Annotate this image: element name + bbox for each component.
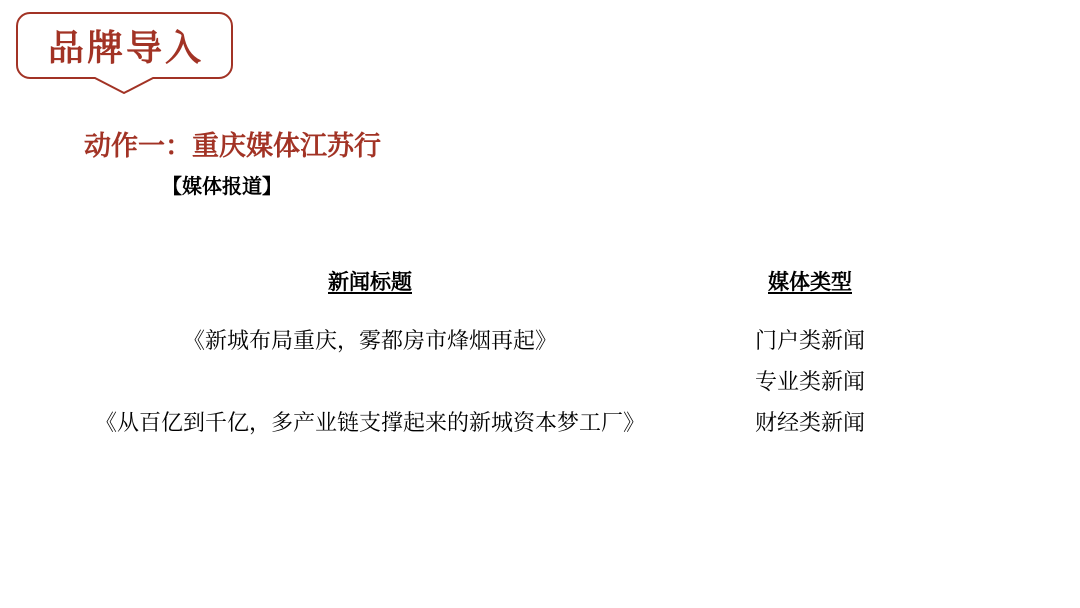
table-row: 专业类新闻 (90, 360, 880, 401)
table-row: 《从百亿到千亿，多产业链支撑起来的新城资本梦工厂》 财经类新闻 (90, 401, 880, 442)
news-title-cell: 《从百亿到千亿，多产业链支撑起来的新城资本梦工厂》 (90, 406, 650, 437)
media-coverage-table: 新闻标题 媒体类型 《新城布局重庆，雾都房市烽烟再起》 门户类新闻 专业类新闻 … (90, 260, 880, 442)
section-heading: 动作一：重庆媒体江苏行 (84, 124, 381, 163)
table-header-row: 新闻标题 媒体类型 (90, 260, 880, 301)
brand-intro-label: 品牌导入 (45, 20, 204, 71)
news-title-cell: 《新城布局重庆，雾都房市烽烟再起》 (90, 324, 650, 355)
media-type-cell: 财经类新闻 (745, 406, 875, 437)
media-report-subheading: 【媒体报道】 (162, 170, 282, 199)
column-header-news-title: 新闻标题 (90, 266, 650, 296)
brand-intro-callout: 品牌导入 (16, 12, 233, 79)
media-type-cell: 门户类新闻 (745, 324, 875, 355)
table-row: 《新城布局重庆，雾都房市烽烟再起》 门户类新闻 (90, 319, 880, 360)
callout-tail-icon (92, 77, 156, 97)
media-type-cell: 专业类新闻 (745, 365, 875, 396)
slide-canvas: { "slide": { "colors": { "accent": "#A23… (0, 0, 1080, 608)
column-header-media-type: 媒体类型 (745, 266, 875, 296)
